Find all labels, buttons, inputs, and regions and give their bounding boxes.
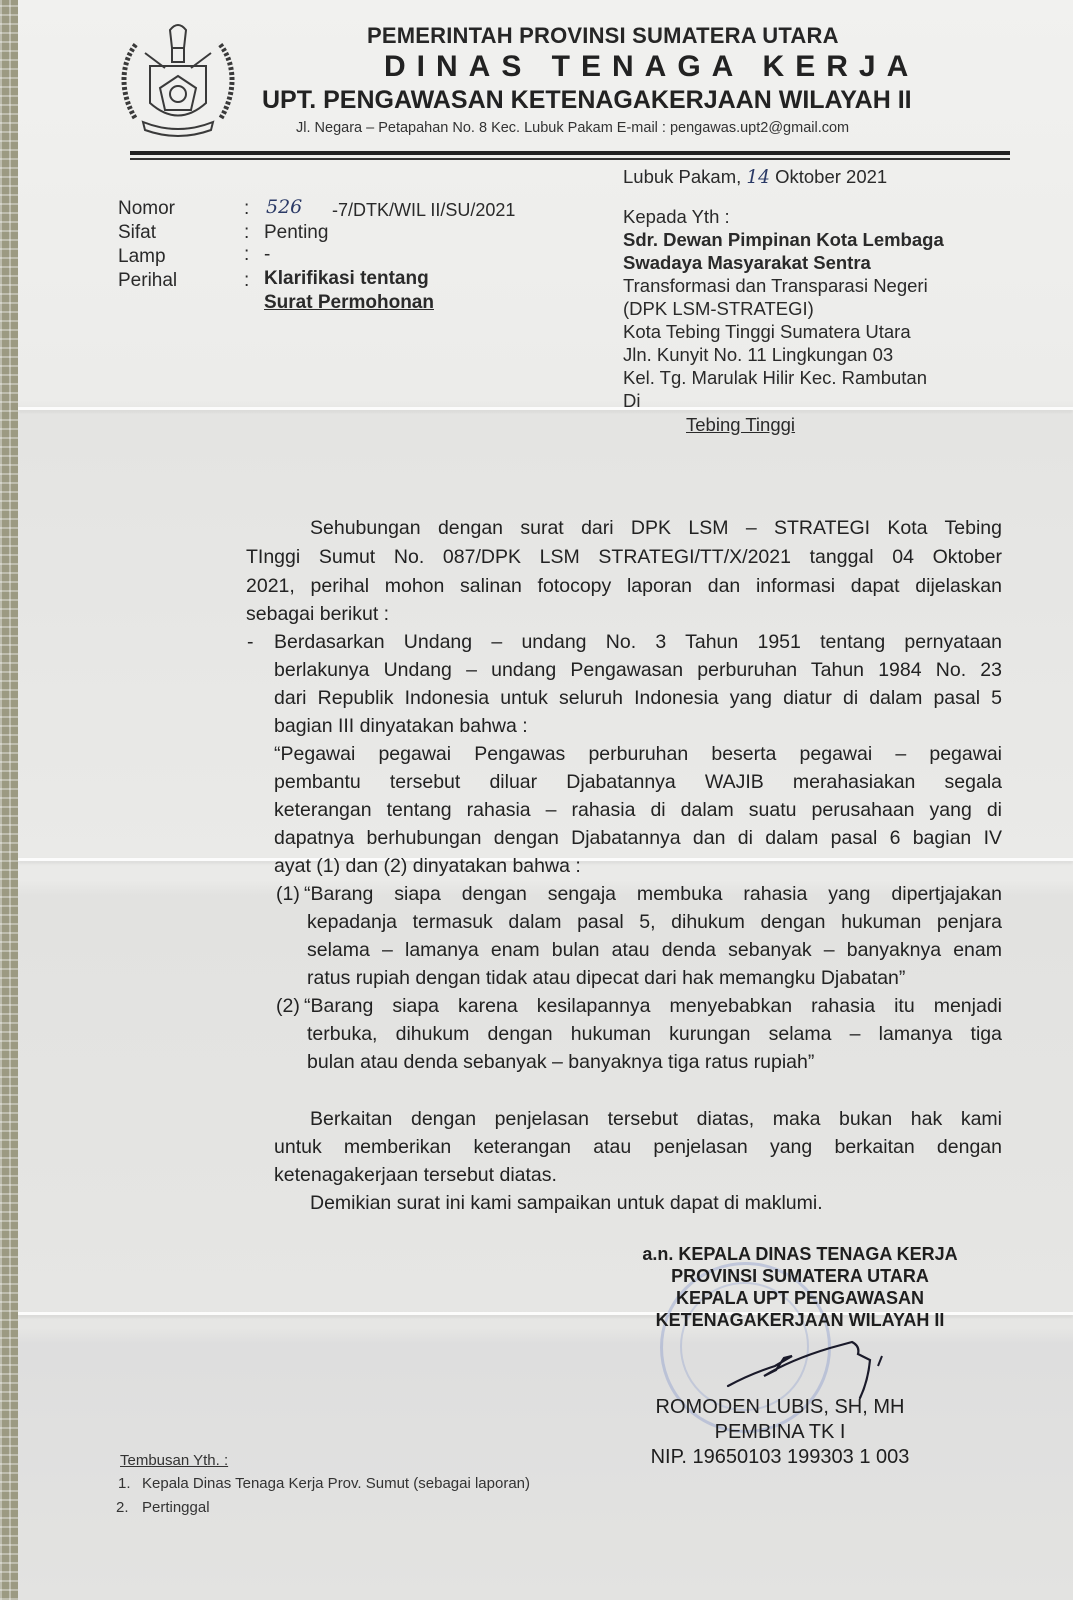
meta-value-perihal: Klarifikasi tentang — [264, 268, 429, 290]
cc-title: Tembusan Yth. : — [120, 1452, 228, 1469]
item2-marker: (2) — [276, 995, 300, 1018]
signatory-name: ROMODEN LUBIS, SH, MH — [580, 1396, 980, 1419]
recipient-line: Kota Tebing Tinggi Sumatera Utara — [623, 321, 911, 343]
meta-nomor-handwritten: 526 — [266, 196, 302, 218]
cc-item-text: Pertinggal — [142, 1499, 210, 1516]
meta-value-nomor: -7/DTK/WIL II/SU/2021 — [332, 200, 515, 221]
recipient-line: Transformasi dan Transparasi Negeri — [623, 275, 928, 297]
letterhead-address: Jl. Negara – Petapahan No. 8 Kec. Lubuk … — [296, 120, 849, 136]
quote-line: ayat (1) dan (2) dinyatakan bahwa : — [274, 855, 581, 878]
item1-marker: (1) — [276, 883, 300, 906]
letterhead-rule-thin — [130, 158, 1010, 160]
quote-line: “Pegawai pegawai Pengawas perburuhan bes… — [274, 743, 1002, 766]
item1-line: kepadanja termasuk dalam pasal 5, dihuku… — [307, 911, 1002, 934]
bullet-line: berlakunya Undang – undang Pengawasan pe… — [274, 659, 1002, 682]
provincial-emblem-icon — [115, 18, 241, 144]
recipient-line: Jln. Kunyit No. 11 Lingkungan 03 — [623, 344, 893, 366]
signatory-nip: NIP. 19650103 199303 1 003 — [580, 1446, 980, 1469]
paper-fold — [18, 407, 1073, 410]
recipient-line-bold: Sdr. Dewan Pimpinan Kota Lembaga — [623, 229, 944, 251]
meta-value-perihal-2: Surat Permohonan — [264, 292, 434, 314]
body-p2-line: Berkaitan dengan penjelasan tersebut dia… — [310, 1108, 1002, 1131]
date-place: Lubuk Pakam, — [623, 166, 741, 187]
recipient-line: Kel. Tg. Marulak Hilir Kec. Rambutan — [623, 367, 927, 389]
meta-value-lamp: - — [264, 244, 270, 266]
meta-label-nomor: Nomor — [118, 198, 175, 220]
date-month-year: Oktober 2021 — [775, 166, 887, 187]
bullet-marker: - — [247, 631, 254, 654]
body-p2-line: ketenagakerjaan tersebut diatas. — [274, 1164, 557, 1187]
cc-item-num: 1. — [118, 1475, 131, 1492]
recipient-line: Di — [623, 390, 640, 412]
letterhead-rule — [130, 151, 1010, 155]
bullet-line: Berdasarkan Undang – undang No. 3 Tahun … — [274, 631, 1002, 654]
item2-line: “Barang siapa karena kesilapannya menyeb… — [304, 995, 1002, 1018]
cc-item-text: Kepala Dinas Tenaga Kerja Prov. Sumut (s… — [142, 1475, 530, 1492]
recipient-line: (DPK LSM-STRATEGI) — [623, 298, 814, 320]
signature-line: PROVINSI SUMATERA UTARA — [600, 1266, 1000, 1287]
item1-line: selama – lamanya enam bulan atau denda s… — [307, 939, 1002, 962]
recipient-line-bold: Swadaya Masyarakat Sentra — [623, 252, 871, 274]
meta-label-perihal: Perihal — [118, 270, 177, 292]
meta-sep: : — [244, 198, 249, 220]
signatory-rank: PEMBINA TK I — [580, 1421, 980, 1444]
meta-label-lamp: Lamp — [118, 246, 166, 268]
letter-date: Lubuk Pakam, 14 Oktober 2021 — [623, 166, 887, 188]
bullet-line: bagian III dinyatakan bahwa : — [274, 715, 528, 738]
meta-sep: : — [244, 244, 249, 266]
recipient-city: Tebing Tinggi — [686, 414, 795, 436]
body-p3: Demikian surat ini kami sampaikan untuk … — [310, 1192, 823, 1215]
item2-line: bulan atau denda sebanyak – banyaknya ti… — [307, 1051, 814, 1074]
body-p2-line: untuk memberikan keterangan atau penjela… — [274, 1136, 1002, 1159]
letterhead-line3: UPT. PENGAWASAN KETENAGAKERJAAN WILAYAH … — [262, 86, 912, 115]
date-day-handwritten: 14 — [746, 167, 770, 188]
signature-line: KEPALA UPT PENGAWASAN — [600, 1288, 1000, 1309]
body-p1-line: TInggi Sumut No. 087/DPK LSM STRATEGI/TT… — [246, 546, 1002, 569]
meta-sep: : — [244, 222, 249, 244]
meta-label-sifat: Sifat — [118, 222, 156, 244]
letterhead-line2: DINAS TENAGA KERJA — [384, 50, 919, 84]
item2-line: terbuka, dihukum dengan hukuman kurungan… — [307, 1023, 1002, 1046]
recipient-intro: Kepada Yth : — [623, 206, 730, 228]
signature-line: a.n. KEPALA DINAS TENAGA KERJA — [600, 1244, 1000, 1265]
meta-value-sifat: Penting — [264, 222, 328, 244]
body-p1-line: Sehubungan dengan surat dari DPK LSM – S… — [310, 517, 1002, 540]
quote-line: keterangan tentang rahasia – rahasia di … — [274, 799, 1002, 822]
item1-line: “Barang siapa dengan sengaja membuka rah… — [304, 883, 1002, 906]
quote-line: pembantu tersebut diluar Djabatannya WAJ… — [274, 771, 1002, 794]
bullet-line: dari Republik Indonesia untuk seluruh In… — [274, 687, 1002, 710]
item1-line: ratus rupiah dengan tidak atau dipecat d… — [307, 967, 905, 990]
cc-item-num: 2. — [116, 1499, 129, 1516]
quote-line: dapatnya berhubungan dengan Djabatannya … — [274, 827, 1002, 850]
signature-line: KETENAGAKERJAAN WILAYAH II — [600, 1310, 1000, 1331]
meta-sep: : — [244, 270, 249, 292]
letterhead-line1: PEMERINTAH PROVINSI SUMATERA UTARA — [367, 23, 839, 49]
body-p1-line: sebagai berikut : — [246, 603, 389, 626]
body-p1-line: 2021, perihal mohon salinan fotocopy lap… — [246, 575, 1002, 598]
